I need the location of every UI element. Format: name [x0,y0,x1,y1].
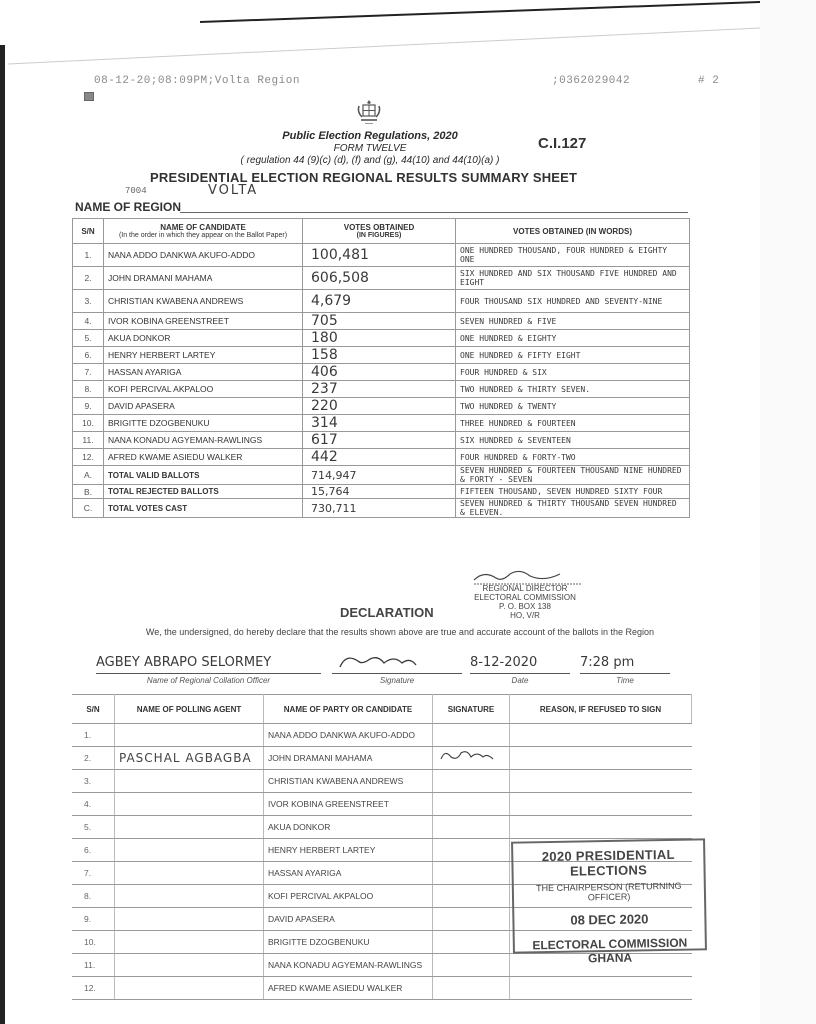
cell-signature [433,793,510,816]
officer-signature-value [332,655,462,674]
agents-header-row: S/N NAME OF POLLING AGENT NAME OF PARTY … [72,695,692,724]
col-figures-title: VOTES OBTAINED [307,223,451,232]
cell-sn: 9. [73,398,104,415]
results-header-row: S/N NAME OF CANDIDATE (In the order in w… [73,219,690,244]
col-figures: VOTES OBTAINED (IN FIGURES) [303,219,456,244]
cell-agent [115,977,264,1000]
cell-sn: 3. [73,290,104,313]
cell-signature [433,747,510,770]
col-candidate-title: NAME OF CANDIDATE [108,223,298,232]
cell-votes-figures: 15,764 [303,485,456,499]
fax-marker-icon [84,92,94,101]
cell-votes-words: TWO HUNDRED & TWENTY [456,398,690,415]
cell-party: JOHN DRAMANI MAHAMA [264,747,433,770]
cell-name: AFRED KWAME ASIEDU WALKER [104,449,303,466]
rd-stamp-line2: ELECTORAL COMMISSION [470,593,580,602]
cell-agent [115,770,264,793]
cell-sn: 3. [72,770,115,793]
cell-votes-words: SEVEN HUNDRED & FOURTEEN THOUSAND NINE H… [456,466,690,485]
cell-reason [510,724,692,747]
candidate-row: 2.JOHN DRAMANI MAHAMA606,508SIX HUNDRED … [73,267,690,290]
cell-votes-words: FIFTEEN THOUSAND, SEVEN HUNDRED SIXTY FO… [456,485,690,499]
cell-sn: 12. [72,977,115,1000]
candidate-row: 4.IVOR KOBINA GREENSTREET705SEVEN HUNDRE… [73,313,690,330]
ghana-coat-of-arms-icon [356,98,382,126]
cell-party: HASSAN AYARIGA [264,862,433,885]
officer-signature-field: Signature [332,655,462,689]
agents-col-party: NAME OF PARTY OR CANDIDATE [264,695,433,724]
cell-name: HASSAN AYARIGA [104,364,303,381]
cell-sn: 4. [72,793,115,816]
cell-reason [510,977,692,1000]
cell-signature [433,839,510,862]
cell-party: BRIGITTE DZOGBENUKU [264,931,433,954]
cell-signature [433,977,510,1000]
ec-stamp-date: 08 DEC 2020 [514,910,704,928]
rd-stamp-line3: P. O. BOX 138 [470,602,580,611]
cell-reason [510,793,692,816]
cell-votes-figures: 442 [303,449,456,466]
cell-sn: 9. [72,908,115,931]
cell-party: AKUA DONKOR [264,816,433,839]
cell-agent [115,793,264,816]
region-label: NAME OF REGION [75,200,181,214]
cell-votes-figures: 237 [303,381,456,398]
cell-sn: 2. [73,267,104,290]
cell-party: KOFI PERCIVAL AKPALOO [264,885,433,908]
cell-agent [115,954,264,977]
results-body: 1.NANA ADDO DANKWA AKUFO-ADDO100,481ONE … [73,244,690,518]
cell-name: NANA ADDO DANKWA AKUFO-ADDO [104,244,303,267]
date-value: 8-12-2020 [470,655,570,674]
cell-sn: 6. [72,839,115,862]
cell-signature [433,931,510,954]
declaration-text: We, the undersigned, do hereby declare t… [0,627,760,637]
cell-agent [115,908,264,931]
ci-number: C.I.127 [538,135,586,152]
scan-edge-left [0,45,5,1024]
cell-votes-words: SEVEN HUNDRED & FIVE [456,313,690,330]
time-field: 7:28 pm Time [580,655,670,689]
cell-signature [433,908,510,931]
cell-votes-figures: 617 [303,432,456,449]
cell-sn: 1. [73,244,104,267]
cell-party: NANA ADDO DANKWA AKUFO-ADDO [264,724,433,747]
total-row: C.TOTAL VOTES CAST730,711SEVEN HUNDRED &… [73,499,690,518]
cell-party: CHRISTIAN KWABENA ANDREWS [264,770,433,793]
scan-margin-right [760,0,816,1024]
regulation-title: Public Election Regulations, 2020 [0,130,740,142]
cell-sn: A. [73,466,104,485]
cell-name: TOTAL REJECTED BALLOTS [104,485,303,499]
cell-votes-words: SIX HUNDRED AND SIX THOUSAND FIVE HUNDRE… [456,267,690,290]
col-candidate-subtitle: (In the order in which they appear on th… [108,232,298,239]
time-value: 7:28 pm [580,655,670,674]
cell-reason [510,770,692,793]
candidate-row: 1.NANA ADDO DANKWA AKUFO-ADDO100,481ONE … [73,244,690,267]
cell-sn: 8. [72,885,115,908]
candidate-row: 9.DAVID APASERA220TWO HUNDRED & TWENTY [73,398,690,415]
agents-col-reason: REASON, IF REFUSED TO SIGN [510,695,692,724]
cell-agent [115,931,264,954]
cell-agent [115,839,264,862]
cell-votes-words: FOUR THOUSAND SIX HUNDRED AND SEVENTY-NI… [456,290,690,313]
agent-row: 12.AFRED KWAME ASIEDU WALKER [72,977,692,1000]
cell-votes-words: FOUR HUNDRED & SIX [456,364,690,381]
cell-party: IVOR KOBINA GREENSTREET [264,793,433,816]
cell-signature [433,862,510,885]
cell-sn: C. [73,499,104,518]
cell-sn: 7. [73,364,104,381]
cell-signature [433,954,510,977]
cell-name: HENRY HERBERT LARTEY [104,347,303,364]
cell-sn: B. [73,485,104,499]
cell-sn: 7. [72,862,115,885]
cell-name: AKUA DONKOR [104,330,303,347]
col-sn: S/N [73,219,104,244]
cell-votes-figures: 606,508 [303,267,456,290]
col-figures-subtitle: (IN FIGURES) [307,232,451,239]
electoral-commission-stamp: 2020 PRESIDENTIAL ELECTIONS THE CHAIRPER… [511,838,707,953]
agent-row: 1.NANA ADDO DANKWA AKUFO-ADDO [72,724,692,747]
cell-sn: 2. [72,747,115,770]
cell-votes-words: ONE HUNDRED & FIFTY EIGHT [456,347,690,364]
cell-sn: 1. [72,724,115,747]
candidate-row: 10.BRIGITTE DZOGBENUKU314THREE HUNDRED &… [73,415,690,432]
cell-name: TOTAL VOTES CAST [104,499,303,518]
cell-sn: 11. [72,954,115,977]
cell-votes-figures: 4,679 [303,290,456,313]
cell-signature [433,770,510,793]
cell-votes-figures: 100,481 [303,244,456,267]
candidate-row: 11.NANA KONADU AGYEMAN-RAWLINGS617SIX HU… [73,432,690,449]
cell-agent [115,724,264,747]
cell-agent [115,862,264,885]
cell-sn: 6. [73,347,104,364]
cell-sn: 5. [72,816,115,839]
date-label: Date [470,676,570,685]
candidate-row: 5.AKUA DONKOR180ONE HUNDRED & EIGHTY [73,330,690,347]
cell-name: BRIGITTE DZOGBENUKU [104,415,303,432]
candidate-row: 3.CHRISTIAN KWABENA ANDREWS4,679FOUR THO… [73,290,690,313]
agents-col-signature: SIGNATURE [433,695,510,724]
cell-sn: 8. [73,381,104,398]
cell-sn: 12. [73,449,104,466]
cell-name: DAVID APASERA [104,398,303,415]
cell-agent [115,885,264,908]
cell-sn: 5. [73,330,104,347]
total-row: A.TOTAL VALID BALLOTS714,947SEVEN HUNDRE… [73,466,690,485]
cell-agent: PASCHAL AGBAGBA [115,747,264,770]
ec-stamp-line2: THE CHAIRPERSON (RETURNING OFFICER) [514,880,704,903]
cell-votes-figures: 220 [303,398,456,415]
cell-votes-figures: 714,947 [303,466,456,485]
cell-party: HENRY HERBERT LARTEY [264,839,433,862]
cell-sn: 10. [73,415,104,432]
cell-sn: 4. [73,313,104,330]
cell-name: CHRISTIAN KWABENA ANDREWS [104,290,303,313]
ec-stamp-line1: 2020 PRESIDENTIAL ELECTIONS [513,846,703,879]
officer-name-label: Name of Regional Collation Officer [96,676,321,685]
cell-reason [510,816,692,839]
results-table: S/N NAME OF CANDIDATE (In the order in w… [72,218,690,518]
candidate-row: 7.HASSAN AYARIGA406FOUR HUNDRED & SIX [73,364,690,381]
cell-party: AFRED KWAME ASIEDU WALKER [264,977,433,1000]
rd-stamp-line4: HO, V/R [470,611,580,620]
cell-signature [433,816,510,839]
cell-votes-figures: 705 [303,313,456,330]
fax-number: ;0362029042 [552,75,630,87]
agent-signature-icon [437,749,501,765]
candidate-row: 12.AFRED KWAME ASIEDU WALKER442FOUR HUND… [73,449,690,466]
cell-name: TOTAL VALID BALLOTS [104,466,303,485]
col-words: VOTES OBTAINED (IN WORDS) [456,219,690,244]
agent-row: 4.IVOR KOBINA GREENSTREET [72,793,692,816]
agents-col-agent: NAME OF POLLING AGENT [115,695,264,724]
cell-votes-words: ONE HUNDRED THOUSAND, FOUR HUNDRED & EIG… [456,244,690,267]
regulation-reference: ( regulation 44 (9)(c) (d), (f) and (g),… [0,155,740,166]
cell-party: DAVID APASERA [264,908,433,931]
fax-timestamp: 08-12-20;08:09PM;Volta Region [94,75,300,87]
officer-name-value: AGBEY ABRAPO SELORMEY [96,655,321,674]
cell-votes-figures: 314 [303,415,456,432]
total-row: B.TOTAL REJECTED BALLOTS15,764FIFTEEN TH… [73,485,690,499]
form-name: FORM TWELVE [0,143,740,154]
candidate-row: 8.KOFI PERCIVAL AKPALOO237TWO HUNDRED & … [73,381,690,398]
region-value: VOLTA [208,183,258,198]
cell-sn: 11. [73,432,104,449]
cell-votes-figures: 158 [303,347,456,364]
agent-row: 5.AKUA DONKOR [72,816,692,839]
time-label: Time [580,676,670,685]
cell-votes-figures: 180 [303,330,456,347]
cell-votes-words: THREE HUNDRED & FOURTEEN [456,415,690,432]
cell-agent [115,816,264,839]
cell-party: NANA KONADU AGYEMAN-RAWLINGS [264,954,433,977]
cell-name: IVOR KOBINA GREENSTREET [104,313,303,330]
cell-signature [433,885,510,908]
rd-stamp-line1: REGIONAL DIRECTOR [470,584,580,593]
cell-reason [510,747,692,770]
cell-votes-words: FOUR HUNDRED & FORTY-TWO [456,449,690,466]
regional-director-stamp: REGIONAL DIRECTOR ELECTORAL COMMISSION P… [470,584,580,620]
officer-signature-label: Signature [332,676,462,685]
cell-votes-words: ONE HUNDRED & EIGHTY [456,330,690,347]
scan-edge-top [0,0,816,70]
candidate-row: 6.HENRY HERBERT LARTEY158ONE HUNDRED & F… [73,347,690,364]
agents-col-sn: S/N [72,695,115,724]
col-candidate: NAME OF CANDIDATE (In the order in which… [104,219,303,244]
cell-votes-words: TWO HUNDRED & THIRTY SEVEN. [456,381,690,398]
cell-name: KOFI PERCIVAL AKPALOO [104,381,303,398]
officer-name-field: AGBEY ABRAPO SELORMEY Name of Regional C… [96,655,321,689]
cell-votes-words: SIX HUNDRED & SEVENTEEN [456,432,690,449]
agent-row: 2.PASCHAL AGBAGBAJOHN DRAMANI MAHAMA [72,747,692,770]
officer-signature-icon [332,655,462,673]
date-field: 8-12-2020 Date [470,655,570,689]
cell-sn: 10. [72,931,115,954]
cell-votes-figures: 730,711 [303,499,456,518]
fax-page-number: # 2 [698,75,719,87]
declaration-title: DECLARATION [340,605,434,620]
region-code: 7004 [125,186,147,196]
cell-votes-words: SEVEN HUNDRED & THIRTY THOUSAND SEVEN HU… [456,499,690,518]
agent-row: 3.CHRISTIAN KWABENA ANDREWS [72,770,692,793]
region-underline [180,212,688,213]
cell-name: NANA KONADU AGYEMAN-RAWLINGS [104,432,303,449]
cell-signature [433,724,510,747]
cell-name: JOHN DRAMANI MAHAMA [104,267,303,290]
cell-votes-figures: 406 [303,364,456,381]
